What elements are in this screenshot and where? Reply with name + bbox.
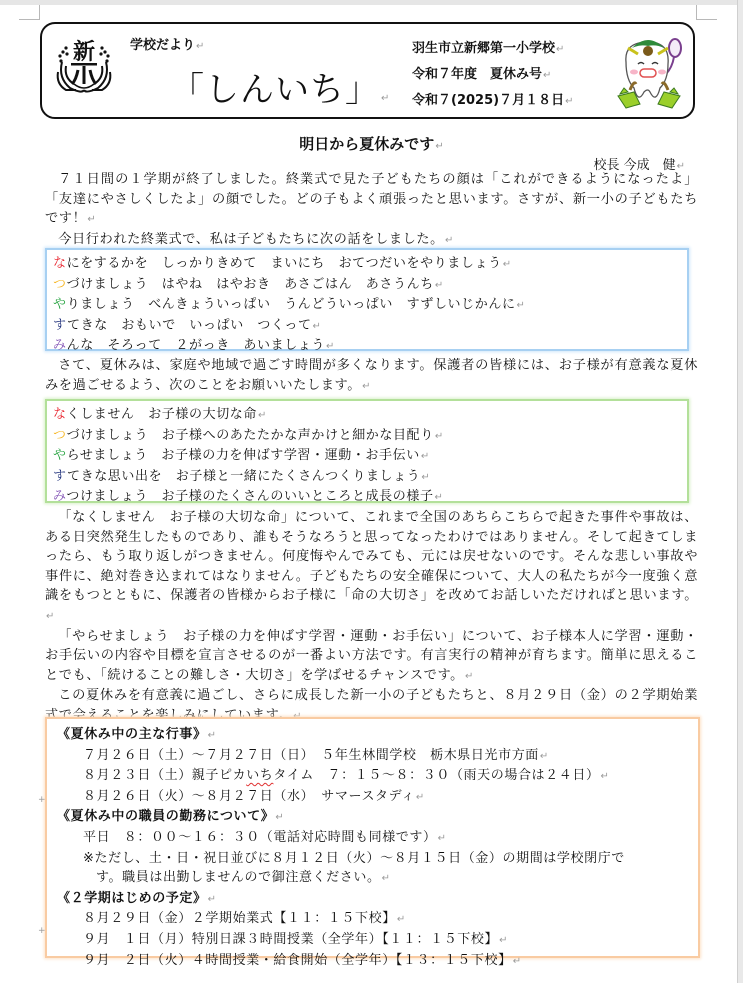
article-title: 明日から夏休みです↵ [0,133,743,154]
closing-paragraph-2: 「やらせましょう お子様の力を伸ばす学習・運動・お手伝い」について、お子様本人に… [45,627,698,687]
anchor-mark: + [38,926,46,936]
margin-corner-mark-top-right [696,5,717,20]
spelling-squiggle: いち [246,768,273,783]
schedule-box: 《夏休み中の主な行事》↵ ７月２６日（土）～７月２７日（日） ５年生林間学校 栃… [45,717,700,958]
event-item: ８月２６日（火）～８月２７日（水） サマースタディ↵ [57,787,698,808]
staff-note-item-continued: す。職員は出勤しませんので御注意ください。↵ [57,868,698,889]
issue-name: 令和７年度 夏休み号↵ [412,62,573,88]
newsletter-name: 「しんいち」↵ [170,62,390,111]
parents-line-4: すてきな思い出を お子様と一緒にたくさんつくりましょう↵ [53,467,687,488]
parents-line-1: なくしません お子様の大切な命↵ [53,405,687,426]
newsletter-header: 新 学校だより↵ 「しんいち」↵ 羽生市立新郷第一小学校↵ 令和７年度 夏休み号… [40,22,695,119]
parents-request-box: なくしません お子様の大切な命↵ つづけましょう お子様へのあたたかな声かけと細… [45,399,689,503]
header-info: 羽生市立新郷第一小学校↵ 令和７年度 夏休み号↵ 令和７(2025)７月１８日↵ [412,36,573,114]
children-line-4: すてきな おもいで いっぱい つくって↵ [53,316,687,337]
margin-corner-mark-top-left [19,5,40,20]
window-top-bar [0,0,743,5]
school-name: 羽生市立新郷第一小学校↵ [412,36,573,62]
newsletter-label: 学校だより↵ [130,34,204,53]
middle-paragraph: さて、夏休みは、家庭や地域で過ごす時間が多くなります。保護者の皆様には、お子様が… [45,356,698,396]
term2-item: ８月２９日（金）２学期始業式【１１：１５下校】↵ [57,909,698,930]
issue-date: 令和７(2025)７月１８日↵ [412,88,573,114]
section-heading-term2: 《２学期はじめの予定》↵ [57,889,698,910]
middle-text: さて、夏休みは、家庭や地域で過ごす時間が多くなります。保護者の皆様には、お子様が… [45,356,698,396]
section-heading-staff-hours: 《夏休み中の職員の勤務について》↵ [57,807,698,828]
children-line-3: やりましょう べんきょういっぱい うんどういっぱい すずしいじかんに↵ [53,295,687,316]
intro-text: ７１日間の１学期が終了しました。終業式で見た子どもたちの顔は「これができるように… [45,170,698,250]
event-item: ７月２６日（土）～７月２７日（日） ５年生林間学校 栃木県日光市方面↵ [57,746,698,767]
event-item: ８月２３日（土）親子ピカいちタイム ７：１５～８：３０（雨天の場合は２４日）↵ [57,766,698,787]
svg-text:新: 新 [73,39,95,65]
staff-hours-item: 平日 ８：００～１６：３０（電話対応時間も同様です）↵ [57,828,698,849]
children-line-5: みんな そろって ２がっき あいましょう↵ [53,336,687,357]
tooth-mascot-icon [614,34,684,112]
staff-note-item: ※ただし、土・日・祝日並びに８月１２日（火）～８月１５日（金）の期間は学校閉庁で [57,849,698,869]
term2-item: ９月 ２日（火）４時間授業・給食開始（全学年）【１３：１５下校】↵ [57,951,698,972]
closing-paragraph-1: 「なくしません お子様の大切な命」について、これまで全国のあちらこちらで起きた事… [45,508,698,627]
intro-paragraph-1: ７１日間の１学期が終了しました。終業式で見た子どもたちの顔は「これができるように… [45,170,698,230]
children-line-1: なにをするかを しっかりきめて まいにち おてつだいをやりましょう↵ [53,254,687,275]
school-emblem-icon: 新 [52,32,116,96]
closing-text: 「なくしません お子様の大切な命」について、これまで全国のあちらこちらで起きた事… [45,508,698,727]
parents-line-5: みつけましょう お子様のたくさんのいいところと成長の様子↵ [53,487,687,508]
children-message-box: なにをするかを しっかりきめて まいにち おてつだいをやりましょう↵ つづけまし… [45,248,689,351]
children-line-2: つづけましょう はやね はやおき あさごはん あさうんち↵ [53,275,687,296]
term2-item: ９月 １日（月）特別日課３時間授業（全学年）【１１：１５下校】↵ [57,930,698,951]
parents-line-3: やらせましょう お子様の力を伸ばす学習・運動・お手伝い↵ [53,446,687,467]
anchor-mark: + [38,795,46,805]
parents-line-2: つづけましょう お子様へのあたたかな声かけと細かな目配り↵ [53,426,687,447]
section-heading-summer-events: 《夏休み中の主な行事》↵ [57,725,698,746]
